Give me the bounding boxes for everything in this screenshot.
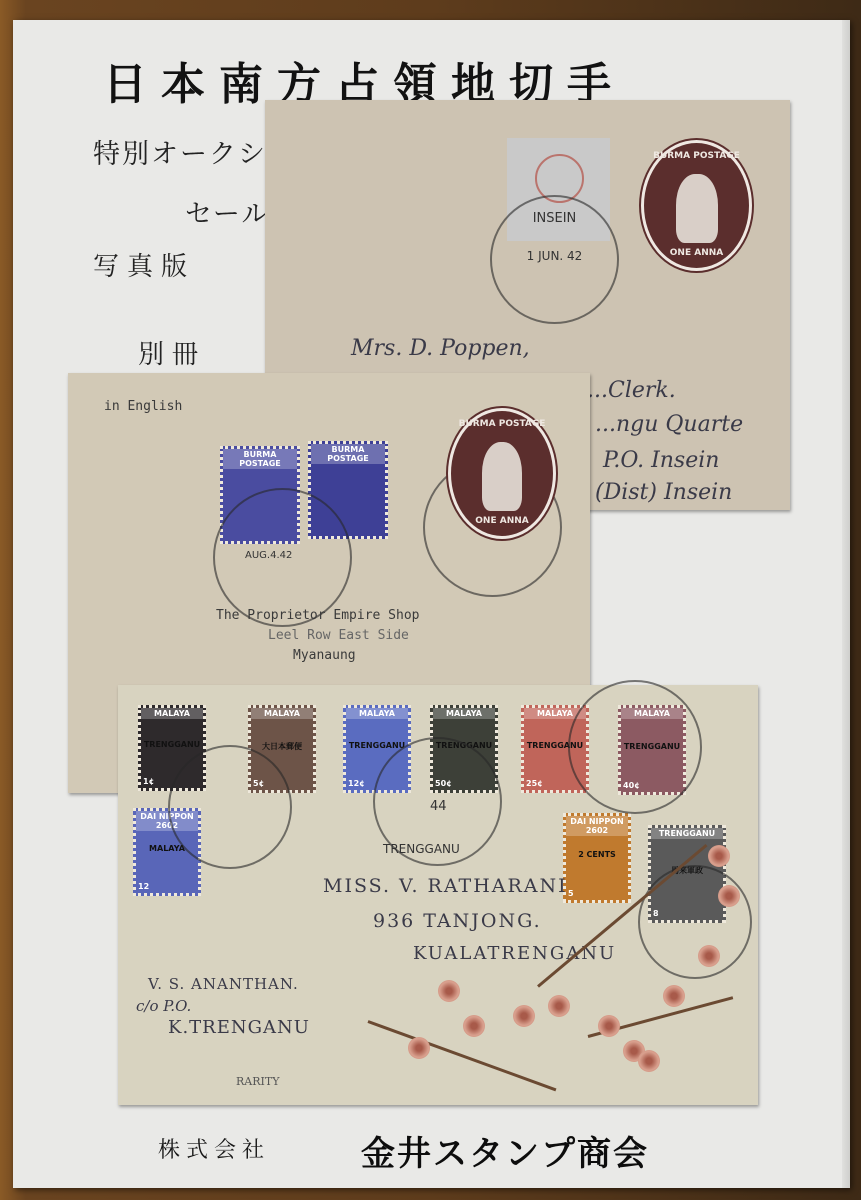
stamp-value: 1¢ bbox=[143, 777, 154, 786]
postmark-town: TRENGGANU bbox=[383, 842, 460, 856]
cover-edition-photo: 写真版 bbox=[93, 246, 195, 283]
blossom-shape bbox=[463, 1015, 485, 1037]
embossed-stamp: BURMA POSTAGE ONE ANNA bbox=[641, 140, 752, 271]
stamp-overprint: TRENGGANU bbox=[141, 740, 203, 749]
embossed-stamp-bottom: ONE ANNA bbox=[644, 248, 749, 258]
stamp-label: MALAYA bbox=[346, 708, 408, 719]
stamp-label: MALAYA bbox=[251, 708, 313, 719]
postmark-town: INSEIN bbox=[492, 211, 617, 226]
address-line: ...ngu Quarte bbox=[595, 412, 743, 437]
blossom-shape bbox=[513, 1005, 535, 1027]
postmark-date: AUG.4.42 bbox=[245, 550, 292, 561]
rarity-note: RARITY bbox=[236, 1075, 279, 1088]
postmark bbox=[638, 865, 752, 979]
stamp-label: MALAYA bbox=[433, 708, 495, 719]
stamp-value: 25¢ bbox=[526, 779, 543, 788]
embossed-stamp: BURMA POSTAGE ONE ANNA bbox=[448, 408, 556, 539]
sender-line: c/o P.O. bbox=[136, 997, 191, 1015]
stamp-value: 5 bbox=[568, 889, 574, 898]
address-line: The Proprietor Empire Shop bbox=[216, 608, 420, 623]
address-line: Mrs. D. Poppen, bbox=[351, 336, 530, 361]
publisher-name: 金井スタンプ商会 bbox=[361, 1126, 649, 1175]
address-line: Myanaung bbox=[293, 648, 356, 663]
stamp-value: 12¢ bbox=[348, 779, 365, 788]
blossom-shape bbox=[598, 1015, 620, 1037]
blossom-shape bbox=[708, 845, 730, 867]
cover-edition-supplement: 別冊 bbox=[138, 334, 206, 371]
stamp-overprint: 大日本郵便 bbox=[251, 741, 313, 752]
catalog-cover: 日本南方占領地切手 特別オークション セール 写真版 別冊 INSEIN 1 J… bbox=[13, 20, 850, 1188]
cover-subtitle-sale: セール bbox=[185, 192, 270, 231]
embossed-stamp-top: BURMA POSTAGE bbox=[644, 151, 749, 161]
stamp-label: BURMA POSTAGE bbox=[223, 449, 297, 469]
insein-postmark: INSEIN 1 JUN. 42 bbox=[490, 195, 619, 324]
address-line: (Dist) Insein bbox=[595, 480, 732, 505]
postmark-year: 44 bbox=[430, 799, 447, 814]
king-head-icon bbox=[482, 442, 523, 511]
address-line: ...Clerk. bbox=[587, 378, 676, 403]
blossom-shape bbox=[548, 995, 570, 1017]
address-line: Leel Row East Side bbox=[268, 628, 409, 643]
king-head-icon bbox=[676, 174, 718, 243]
sender-line: V. S. ANANTHAN. bbox=[148, 975, 299, 993]
blossom-shape bbox=[638, 1050, 660, 1072]
postmark bbox=[168, 745, 292, 869]
publisher-prefix: 株式会社 bbox=[158, 1133, 270, 1164]
blossom-shape bbox=[718, 885, 740, 907]
blossom-shape bbox=[698, 945, 720, 967]
embossed-stamp-top: BURMA POSTAGE bbox=[451, 419, 553, 429]
postmark-date: 1 JUN. 42 bbox=[492, 249, 617, 263]
stamp-label: TRENGGANU bbox=[651, 828, 723, 839]
stamp-value: 12 bbox=[138, 882, 149, 891]
stamp-overprint: 2 CENTS bbox=[566, 850, 628, 859]
blossom-shape bbox=[663, 985, 685, 1007]
malaya-stamp: DAI NIPPON 26022 CENTS5 bbox=[563, 813, 631, 903]
sender-line: K.TRENGANU bbox=[168, 1017, 310, 1038]
stamp-label: MALAYA bbox=[141, 708, 203, 719]
envelope-bottom: MALAYATRENGGANU1¢MALAYA大日本郵便5¢MALAYATREN… bbox=[118, 685, 758, 1105]
recipient-line: 936 TANJONG. bbox=[373, 910, 542, 932]
blossom-shape bbox=[438, 980, 460, 1002]
postmark: 44 TRENGGANU bbox=[373, 737, 502, 866]
envelope-note: in English bbox=[104, 399, 182, 414]
branch-shape bbox=[367, 1020, 556, 1091]
address-line: P.O. Insein bbox=[603, 448, 719, 473]
recipient-line: MISS. V. RATHARANI bbox=[323, 875, 568, 897]
stamp-label: BURMA POSTAGE bbox=[311, 444, 385, 464]
blossom-shape bbox=[408, 1037, 430, 1059]
postmark: AUG.4.42 bbox=[213, 488, 352, 627]
embossed-stamp-bottom: ONE ANNA bbox=[451, 516, 553, 526]
stamp-label: DAI NIPPON 2602 bbox=[566, 816, 628, 836]
postmark bbox=[568, 680, 702, 814]
